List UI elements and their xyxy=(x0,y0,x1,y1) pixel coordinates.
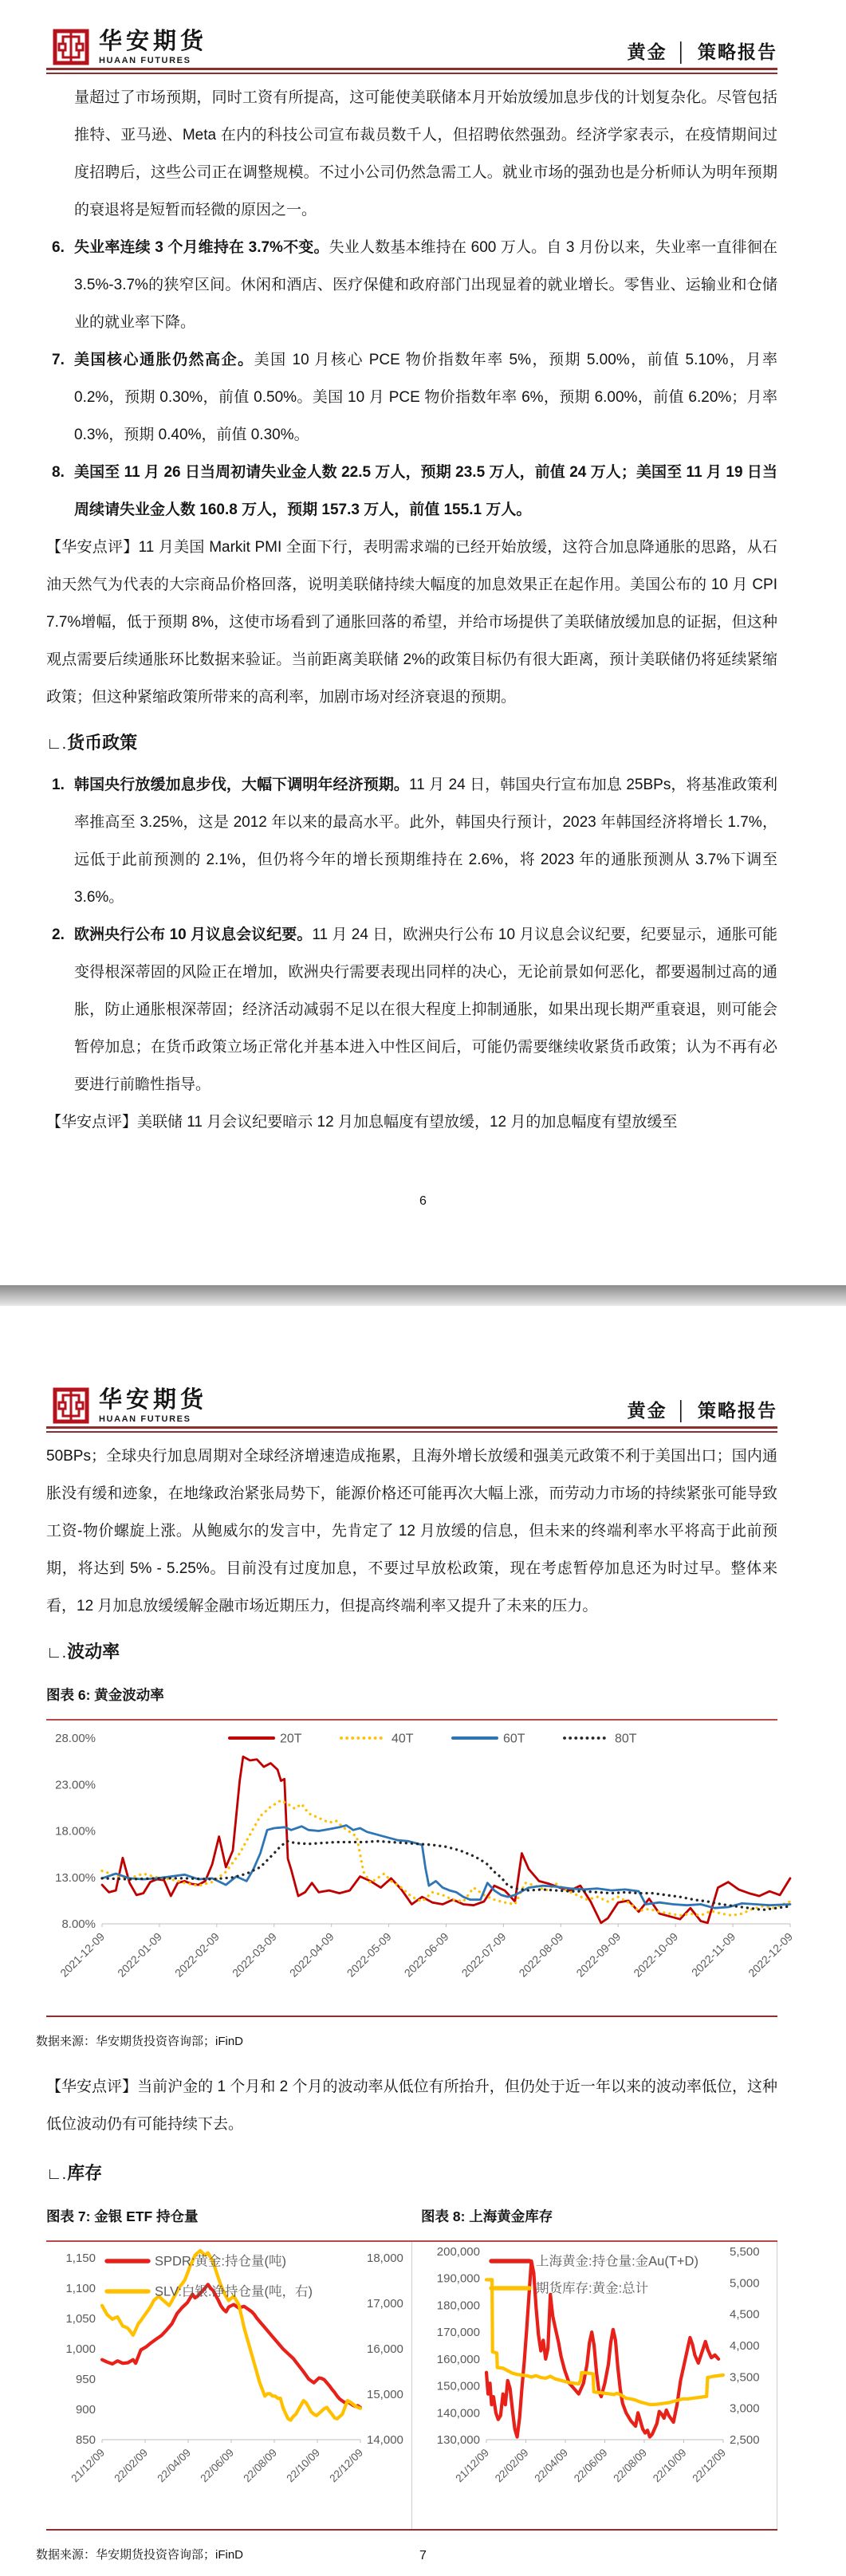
svg-text:3,000: 3,000 xyxy=(730,2402,760,2416)
svg-text:2021-12-09: 2021-12-09 xyxy=(57,1930,107,1980)
list-item-2: 2. 欧洲央行公布 10 月议息会议纪要。11 月 24 日，欧洲央行公布 10… xyxy=(46,916,777,1103)
header-rule xyxy=(46,1426,777,1433)
svg-text:2022-04-09: 2022-04-09 xyxy=(287,1930,336,1980)
brand-block: 华安期货 HUAAN FUTURES xyxy=(53,29,207,65)
header-rule xyxy=(46,68,777,74)
svg-text:22/08/09: 22/08/09 xyxy=(611,2447,649,2485)
section-monetary-policy: ∟.货币政策 xyxy=(46,727,777,760)
figure-8-caption: 图表 8: 上海黄金库存 xyxy=(421,2196,777,2240)
svg-text:40T: 40T xyxy=(392,1732,414,1746)
paragraph-fed-policy: 50BPs；全球央行加息周期对全球经济增速造成拖累，且海外增长放缓和强美元政策不… xyxy=(46,1437,777,1625)
report-title: 黄金│策略报告 xyxy=(628,1396,777,1424)
list-item-1: 1. 韩国央行放缓加息步伐，大幅下调明年经济预期。11 月 24 日，韩国央行宣… xyxy=(46,766,777,916)
svg-text:2022-12-09: 2022-12-09 xyxy=(746,1930,795,1980)
list-number: 6. xyxy=(52,229,65,266)
svg-text:15,000: 15,000 xyxy=(367,2388,403,2401)
svg-text:850: 850 xyxy=(76,2433,96,2447)
report-document: 华安期货 HUAAN FUTURES 黄金│策略报告 量超过了市场预期，同时工资… xyxy=(0,0,846,2576)
figure-7-8-charts: 21/12/0922/02/0922/04/0922/06/0922/08/09… xyxy=(46,2242,777,2529)
svg-text:14,000: 14,000 xyxy=(367,2433,403,2447)
svg-text:60T: 60T xyxy=(503,1732,525,1746)
svg-text:2022-09-09: 2022-09-09 xyxy=(573,1930,623,1980)
paragraph-employment-continued: 量超过了市场预期，同时工资有所提高，这可能使美联储本月开始放缓加息步伐的计划复杂… xyxy=(74,79,777,229)
svg-text:21/12/09: 21/12/09 xyxy=(69,2447,107,2485)
svg-text:22/02/09: 22/02/09 xyxy=(112,2447,150,2485)
huaan-comment-1: 【华安点评】11 月美国 Markit PMI 全面下行，表明需求端的已经开始放… xyxy=(46,529,777,716)
svg-text:2022-02-09: 2022-02-09 xyxy=(172,1930,222,1980)
svg-text:2022-07-09: 2022-07-09 xyxy=(459,1930,509,1980)
svg-text:20T: 20T xyxy=(280,1732,302,1746)
svg-text:5,500: 5,500 xyxy=(730,2245,760,2259)
svg-text:1,000: 1,000 xyxy=(65,2342,96,2356)
svg-text:180,000: 180,000 xyxy=(437,2299,480,2312)
svg-text:5,000: 5,000 xyxy=(730,2276,760,2290)
figure-8-shanghai-gold-inventory: 21/12/0922/02/0922/04/0922/06/0922/08/09… xyxy=(421,2242,777,2529)
title-separator: │ xyxy=(676,41,689,62)
svg-text:200,000: 200,000 xyxy=(437,2245,480,2259)
page-number: 7 xyxy=(0,2549,846,2563)
svg-text:3,500: 3,500 xyxy=(730,2370,760,2384)
section-marker-icon: ∟. xyxy=(46,1644,66,1662)
section-inventory-label: 库存 xyxy=(67,2163,102,2183)
page-7-body: 50BPs；全球央行加息周期对全球经济增速造成拖累，且海外增长放缓和强美元政策不… xyxy=(46,1437,777,2574)
svg-text:190,000: 190,000 xyxy=(437,2272,480,2286)
section-marker-icon: ∟. xyxy=(46,735,66,753)
section-monetary-policy-label: 货币政策 xyxy=(67,733,137,753)
page-header: 华安期货 HUAAN FUTURES 黄金│策略报告 xyxy=(46,21,777,65)
svg-text:170,000: 170,000 xyxy=(437,2326,480,2339)
report-title-product: 黄金 xyxy=(628,1400,667,1421)
svg-text:17,000: 17,000 xyxy=(367,2297,403,2311)
section-marker-icon: ∟. xyxy=(46,2165,66,2183)
page-6-body: 量超过了市场预期，同时工资有所提高，这可能使美联储本月开始放缓加息步伐的计划复杂… xyxy=(46,79,777,1141)
section-volatility-label: 波动率 xyxy=(67,1642,120,1662)
gold-volatility-chart: 2021-12-092022-01-092022-02-092022-03-09… xyxy=(46,1721,800,2001)
svg-text:4,000: 4,000 xyxy=(730,2339,760,2353)
svg-text:22/12/09: 22/12/09 xyxy=(327,2447,365,2485)
svg-text:22/06/09: 22/06/09 xyxy=(198,2447,236,2485)
section-inventory: ∟.库存 xyxy=(46,2157,777,2190)
report-title-type: 策略报告 xyxy=(698,1400,777,1421)
list-number: 8. xyxy=(52,454,65,491)
section-volatility: ∟.波动率 xyxy=(46,1636,777,1669)
svg-text:2022-08-09: 2022-08-09 xyxy=(516,1930,565,1980)
svg-text:8.00%: 8.00% xyxy=(61,1917,96,1931)
huaan-logo-icon xyxy=(53,29,89,65)
list-item-2-text: 欧洲央行公布 10 月议息会议纪要。11 月 24 日，欧洲央行公布 10 月议… xyxy=(74,926,777,1093)
brand-name-cn: 华安期货 xyxy=(99,29,207,53)
svg-text:22/08/09: 22/08/09 xyxy=(241,2447,279,2485)
report-title-product: 黄金 xyxy=(628,41,667,62)
brand-text: 华安期货 HUAAN FUTURES xyxy=(99,1388,207,1424)
svg-text:2,500: 2,500 xyxy=(730,2433,760,2447)
brand-name-en: HUAAN FUTURES xyxy=(99,1414,207,1424)
svg-text:4,500: 4,500 xyxy=(730,2308,760,2322)
shanghai-gold-inventory-chart: 21/12/0922/02/0922/04/0922/06/0922/08/09… xyxy=(421,2242,768,2515)
figure-7-caption: 图表 7: 金银 ETF 持仓量 xyxy=(46,2196,421,2240)
svg-text:22/12/09: 22/12/09 xyxy=(690,2447,728,2485)
page-7: 华安期货 HUAAN FUTURES 黄金│策略报告 50BPs；全球央行加息周… xyxy=(0,1306,846,2576)
svg-text:18.00%: 18.00% xyxy=(55,1825,96,1839)
svg-text:1,100: 1,100 xyxy=(65,2282,96,2295)
figure-7-gold-silver-etf: 21/12/0922/02/0922/04/0922/06/0922/08/09… xyxy=(46,2242,412,2529)
svg-text:22/04/09: 22/04/09 xyxy=(532,2447,570,2485)
report-title-type: 策略报告 xyxy=(698,41,777,62)
svg-text:2022-01-09: 2022-01-09 xyxy=(115,1930,164,1980)
list-number: 2. xyxy=(52,916,65,954)
svg-text:130,000: 130,000 xyxy=(437,2433,480,2447)
list-item-6-text: 失业率连续 3 个月维持在 3.7%不变。失业人数基本维持在 600 万人。自 … xyxy=(74,239,777,331)
svg-text:上海黄金:持仓量:金Au(T+D): 上海黄金:持仓量:金Au(T+D) xyxy=(536,2254,698,2269)
svg-text:18,000: 18,000 xyxy=(367,2252,403,2265)
svg-text:2022-06-09: 2022-06-09 xyxy=(402,1930,451,1980)
page-6: 华安期货 HUAAN FUTURES 黄金│策略报告 量超过了市场预期，同时工资… xyxy=(0,0,846,1285)
title-separator: │ xyxy=(676,1400,689,1421)
figure-6-source: 数据来源：华安期货投资咨询部；iFinD xyxy=(36,2017,777,2060)
figure-6-gold-volatility: 图表 6: 黄金波动率 2021-12-092022-01-092022-02-… xyxy=(46,1675,777,2060)
figure-7-8-captions: 图表 7: 金银 ETF 持仓量 图表 8: 上海黄金库存 xyxy=(46,2196,777,2242)
list-item-7-text: 美国核心通胀仍然高企。美国 10 月核心 PCE 物价指数年率 5%，预期 5.… xyxy=(74,352,777,443)
figure-6-caption: 图表 6: 黄金波动率 xyxy=(46,1675,777,1721)
svg-text:2022-03-09: 2022-03-09 xyxy=(230,1930,279,1980)
page-number: 6 xyxy=(0,1194,846,1209)
list-item-1-text: 韩国央行放缓加息步伐，大幅下调明年经济预期。11 月 24 日，韩国央行宣布加息… xyxy=(74,777,777,906)
list-item-8: 8. 美国至 11 月 26 日当周初请失业金人数 22.5 万人，预期 23.… xyxy=(46,454,777,529)
svg-text:SPDR:黄金:持仓量(吨): SPDR:黄金:持仓量(吨) xyxy=(155,2254,286,2269)
list-item-7: 7. 美国核心通胀仍然高企。美国 10 月核心 PCE 物价指数年率 5%，预期… xyxy=(46,341,777,454)
huaan-logo-icon xyxy=(53,1387,89,1424)
svg-text:950: 950 xyxy=(76,2373,96,2386)
svg-text:1,050: 1,050 xyxy=(65,2312,96,2326)
svg-text:1,150: 1,150 xyxy=(65,2252,96,2265)
svg-text:2022-10-09: 2022-10-09 xyxy=(631,1930,680,1980)
list-item-8-text: 美国至 11 月 26 日当周初请失业金人数 22.5 万人，预期 23.5 万… xyxy=(74,464,777,518)
huaan-comment-3: 【华安点评】当前沪金的 1 个月和 2 个月的波动率从低位有所抬升，但仍处于近一… xyxy=(46,2068,777,2143)
svg-text:900: 900 xyxy=(76,2403,96,2417)
brand-block: 华安期货 HUAAN FUTURES xyxy=(53,1387,207,1424)
list-item-6: 6. 失业率连续 3 个月维持在 3.7%不变。失业人数基本维持在 600 万人… xyxy=(46,229,777,341)
svg-text:22/06/09: 22/06/09 xyxy=(572,2447,610,2485)
svg-text:150,000: 150,000 xyxy=(437,2380,480,2393)
svg-text:22/04/09: 22/04/09 xyxy=(155,2447,193,2485)
page-break xyxy=(0,1285,846,1306)
svg-text:21/12/09: 21/12/09 xyxy=(453,2447,491,2485)
etf-holdings-chart: 21/12/0922/02/0922/04/0922/06/0922/08/09… xyxy=(46,2242,411,2515)
svg-text:SLV:白银:净持仓量(吨，右): SLV:白银:净持仓量(吨，右) xyxy=(155,2284,313,2299)
svg-text:13.00%: 13.00% xyxy=(55,1871,96,1885)
svg-text:23.00%: 23.00% xyxy=(55,1778,96,1791)
brand-text: 华安期货 HUAAN FUTURES xyxy=(99,29,207,65)
svg-text:22/02/09: 22/02/09 xyxy=(493,2447,531,2485)
svg-text:期货库存:黄金:总计: 期货库存:黄金:总计 xyxy=(536,2281,648,2296)
svg-text:16,000: 16,000 xyxy=(367,2342,403,2356)
svg-text:2022-05-09: 2022-05-09 xyxy=(344,1930,394,1980)
report-title: 黄金│策略报告 xyxy=(628,37,777,65)
brand-name-en: HUAAN FUTURES xyxy=(99,56,207,65)
brand-name-cn: 华安期货 xyxy=(99,1388,207,1411)
svg-text:2022-11-09: 2022-11-09 xyxy=(689,1930,738,1979)
svg-text:140,000: 140,000 xyxy=(437,2406,480,2420)
svg-text:22/10/09: 22/10/09 xyxy=(651,2447,689,2485)
svg-text:28.00%: 28.00% xyxy=(55,1732,96,1745)
svg-text:160,000: 160,000 xyxy=(437,2353,480,2366)
page-header: 华安期货 HUAAN FUTURES 黄金│策略报告 xyxy=(46,1379,777,1424)
svg-text:22/10/09: 22/10/09 xyxy=(284,2447,322,2485)
list-number: 7. xyxy=(52,341,65,379)
huaan-comment-2: 【华安点评】美联储 11 月会议纪要暗示 12 月加息幅度有望放缓，12 月的加… xyxy=(46,1103,777,1141)
list-number: 1. xyxy=(52,766,65,804)
svg-text:80T: 80T xyxy=(615,1732,637,1746)
